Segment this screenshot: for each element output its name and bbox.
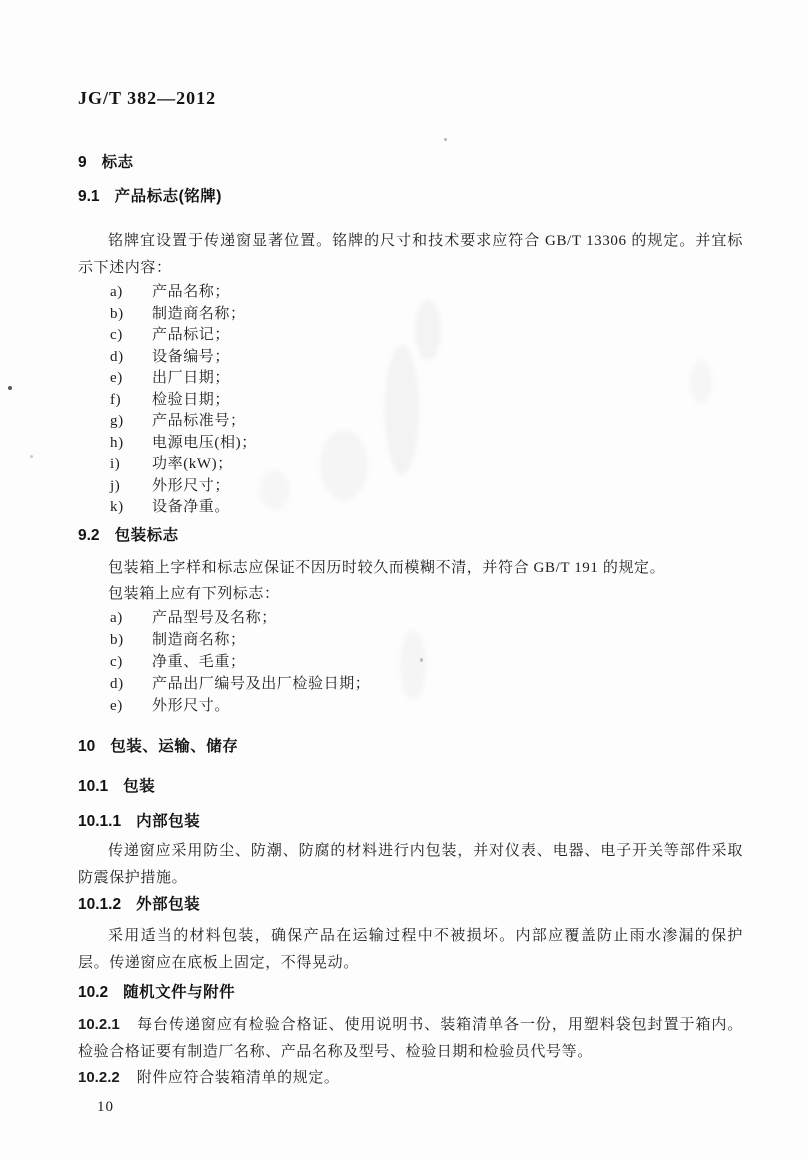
paragraph-text: 每台传递窗应有检验合格证、使用说明书、装箱清单各一份，用塑料袋包封置于箱内。检验…	[78, 1017, 743, 1060]
list-item: j)外形尺寸；	[110, 476, 743, 498]
list-item: h)电源电压(相)；	[110, 433, 743, 455]
section-10-2-heading: 10.2随机文件与附件	[78, 983, 743, 1003]
item-text: 电源电压(相)；	[152, 435, 257, 451]
section-10-1-2-paragraph: 采用适当的材料包装，确保产品在运输过程中不被损坏。内部应覆盖防止雨水渗漏的保护层…	[78, 923, 743, 977]
list-item: a)产品名称；	[110, 282, 743, 304]
page-number: 10	[78, 1097, 743, 1117]
section-9-1-heading: 9.1产品标志(铭牌)	[78, 187, 743, 207]
section-9-2-paragraph-2: 包装箱上应有下列标志：	[78, 581, 743, 607]
item-text: 外形尺寸。	[152, 698, 230, 714]
section-10-1-heading: 10.1包装	[78, 777, 743, 797]
item-text: 产品标记；	[152, 327, 230, 343]
list-item: e)外形尺寸。	[110, 695, 743, 717]
section-title: 随机文件与附件	[123, 984, 235, 1001]
item-marker: g)	[110, 411, 152, 433]
item-marker: d)	[110, 347, 152, 369]
item-text: 设备净重。	[152, 499, 230, 515]
item-marker: c)	[110, 325, 152, 347]
item-text: 出厂日期；	[152, 370, 230, 386]
item-marker: e)	[110, 368, 152, 390]
item-marker: a)	[110, 282, 152, 304]
list-item: g)产品标准号；	[110, 411, 743, 433]
list-item: b)制造商名称；	[110, 629, 743, 651]
section-10-1-1-paragraph: 传递窗应采用防尘、防潮、防腐的材料进行内包装，并对仪表、电器、电子开关等部件采取…	[78, 838, 743, 892]
list-item: c)产品标记；	[110, 325, 743, 347]
section-title: 产品标志(铭牌)	[115, 188, 222, 205]
item-marker: b)	[110, 304, 152, 326]
section-number: 10.2	[78, 984, 108, 1001]
section-title: 外部包装	[136, 896, 200, 913]
item-text: 检验日期；	[152, 392, 230, 408]
section-title: 内部包装	[136, 813, 200, 830]
section-10-1-1-heading: 10.1.1内部包装	[78, 812, 743, 832]
nameplate-items-list: a)产品名称； b)制造商名称； c)产品标记； d)设备编号； e)出厂日期；…	[78, 282, 743, 519]
item-text: 产品标准号；	[152, 413, 246, 429]
item-marker: b)	[110, 629, 152, 651]
section-number: 9	[78, 154, 87, 171]
section-number: 10	[78, 738, 95, 755]
section-number: 9.2	[78, 527, 100, 544]
section-title: 包装、运输、储存	[110, 738, 238, 755]
item-marker: a)	[110, 607, 152, 629]
item-text: 外形尺寸；	[152, 478, 230, 494]
list-item: k)设备净重。	[110, 497, 743, 519]
section-title: 包装	[123, 778, 155, 795]
section-10-2-2-paragraph: 10.2.2附件应符合装箱清单的规定。	[78, 1067, 743, 1089]
item-marker: k)	[110, 497, 152, 519]
item-marker: d)	[110, 673, 152, 695]
item-text: 产品型号及名称；	[152, 610, 277, 626]
packing-marks-list: a)产品型号及名称； b)制造商名称； c)净重、毛重； d)产品出厂编号及出厂…	[78, 607, 743, 717]
item-text: 设备编号；	[152, 349, 230, 365]
paragraph-text: 附件应符合装箱清单的规定。	[137, 1070, 340, 1086]
item-text: 制造商名称；	[152, 632, 246, 648]
section-number: 9.1	[78, 188, 100, 205]
section-number: 10.1.1	[78, 813, 121, 830]
section-number: 10.2.2	[78, 1069, 120, 1086]
list-item: i)功率(kW)；	[110, 454, 743, 476]
section-title: 标志	[102, 154, 134, 171]
item-marker: h)	[110, 433, 152, 455]
section-10-1-2-heading: 10.1.2外部包装	[78, 895, 743, 915]
list-item: f)检验日期；	[110, 390, 743, 412]
document-page: JG/T 382—2012 9标志 9.1产品标志(铭牌) 铭牌宜设置于传递窗显…	[0, 0, 807, 1160]
section-9-2-heading: 9.2包装标志	[78, 526, 743, 546]
item-text: 产品出厂编号及出厂检验日期；	[152, 676, 370, 692]
section-10-2-1-paragraph: 10.2.1每台传递窗应有检验合格证、使用说明书、装箱清单各一份，用塑料袋包封置…	[78, 1011, 743, 1066]
item-marker: i)	[110, 454, 152, 476]
section-9-heading: 9标志	[78, 153, 743, 173]
list-item: d)产品出厂编号及出厂检验日期；	[110, 673, 743, 695]
list-item: c)净重、毛重；	[110, 651, 743, 673]
section-10-heading: 10包装、运输、储存	[78, 737, 743, 757]
list-item: e)出厂日期；	[110, 368, 743, 390]
section-number: 10.2.1	[78, 1016, 120, 1033]
section-title: 包装标志	[115, 527, 179, 544]
section-number: 10.1	[78, 778, 108, 795]
item-marker: f)	[110, 390, 152, 412]
list-item: d)设备编号；	[110, 347, 743, 369]
item-marker: j)	[110, 476, 152, 498]
list-item: b)制造商名称；	[110, 304, 743, 326]
item-text: 制造商名称；	[152, 306, 246, 322]
section-9-2-paragraph-1: 包装箱上字样和标志应保证不因历时较久而模糊不清，并符合 GB/T 191 的规定…	[78, 555, 743, 581]
page-content: JG/T 382—2012 9标志 9.1产品标志(铭牌) 铭牌宜设置于传递窗显…	[0, 0, 807, 1117]
item-marker: c)	[110, 651, 152, 673]
list-item: a)产品型号及名称；	[110, 607, 743, 629]
item-text: 净重、毛重；	[152, 654, 246, 670]
section-9-1-paragraph: 铭牌宜设置于传递窗显著位置。铭牌的尺寸和技术要求应符合 GB/T 13306 的…	[78, 228, 743, 282]
section-number: 10.1.2	[78, 896, 121, 913]
item-marker: e)	[110, 695, 152, 717]
item-text: 产品名称；	[152, 284, 230, 300]
item-text: 功率(kW)；	[152, 456, 233, 472]
standard-code: JG/T 382—2012	[78, 88, 743, 108]
